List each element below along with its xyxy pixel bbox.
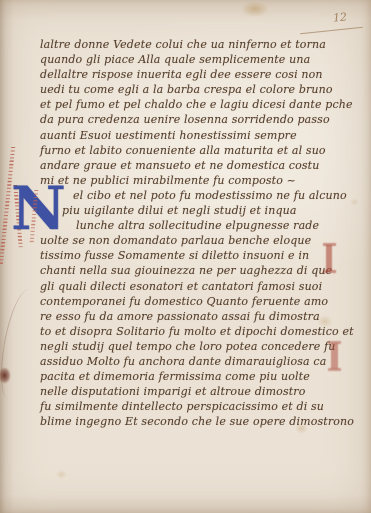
stain-lower-right	[295, 423, 308, 434]
manuscript-line: quando gli piace Alla quale semplicement…	[40, 52, 336, 67]
manuscript-line: dellaltre rispose inuerita egli dee esse…	[40, 67, 336, 82]
manuscript-line: mi et ne publici mirabilmente fu compost…	[40, 173, 336, 188]
folio-number: 12	[332, 10, 347, 24]
manuscript-line: laltre donne Vedete colui che ua ninfern…	[40, 37, 336, 52]
manuscript-line: re esso fu da amore passionato assai fu …	[40, 309, 336, 324]
manuscript-line: piu uigilante dilui et negli studij et i…	[40, 203, 336, 218]
manuscript-line: negli studij quel tempo che loro potea c…	[40, 339, 336, 354]
stain-bottom-margin	[56, 470, 67, 479]
manuscript-line: andare graue et mansueto et ne domestica…	[40, 158, 336, 173]
manuscript-line: to et disopra Solitario fu molto et dipo…	[40, 324, 336, 339]
manuscript-line: et pel fumo et pel chaldo che e lagiu di…	[40, 97, 336, 112]
manuscript-line: lunche altra sollecitudine elpugnesse ra…	[40, 218, 336, 233]
text-block: laltre donne Vedete colui che ua ninfern…	[40, 37, 336, 429]
manuscript-line: chanti nella sua giouinezza ne per uaghe…	[40, 263, 336, 278]
manuscript-line: uedi tu come egli a la barba crespa el c…	[40, 82, 336, 97]
manuscript-line: pacita et dimemoria fermissima come piu …	[40, 369, 336, 384]
manuscript-page: 12 N laltre donne Vedete colui che ua ni…	[0, 0, 371, 513]
manuscript-line: auanti Esuoi uestimenti honestissimi sem…	[40, 128, 336, 143]
manuscript-line: nelle disputationi imparigi et altroue d…	[40, 384, 336, 399]
manuscript-line: da pura credenza uenire losenna sorriden…	[40, 112, 336, 127]
manuscript-line: contemporanei fu domestico Quanto feruen…	[40, 294, 336, 309]
manuscript-line: gli quali dilecti esonatori et cantatori…	[40, 279, 336, 294]
stain-top-edge	[241, 1, 269, 17]
showthrough-curve-line	[0, 286, 42, 401]
manuscript-line: el cibo et nel poto fu modestissimo ne f…	[40, 188, 336, 203]
manuscript-line: blime ingegno Et secondo che le sue oper…	[40, 414, 336, 429]
red-paraph-mark-icon	[326, 245, 332, 271]
manuscript-line: assiduo Molto fu anchora dante dimarauig…	[40, 354, 336, 369]
red-paraph-mark-icon	[331, 343, 338, 369]
stain-right-edge	[350, 198, 359, 206]
manuscript-line: furno et labito conueniente alla maturit…	[40, 143, 336, 158]
manuscript-line: tissimo fusse Somamente si diletto insuo…	[40, 248, 336, 263]
stain-mid-right	[317, 315, 333, 328]
manuscript-line: fu similmente dintellecto perspicacissim…	[40, 399, 336, 414]
manuscript-line: uolte se non domandato parlaua benche el…	[40, 233, 336, 248]
folio-underline-stroke	[300, 27, 363, 35]
